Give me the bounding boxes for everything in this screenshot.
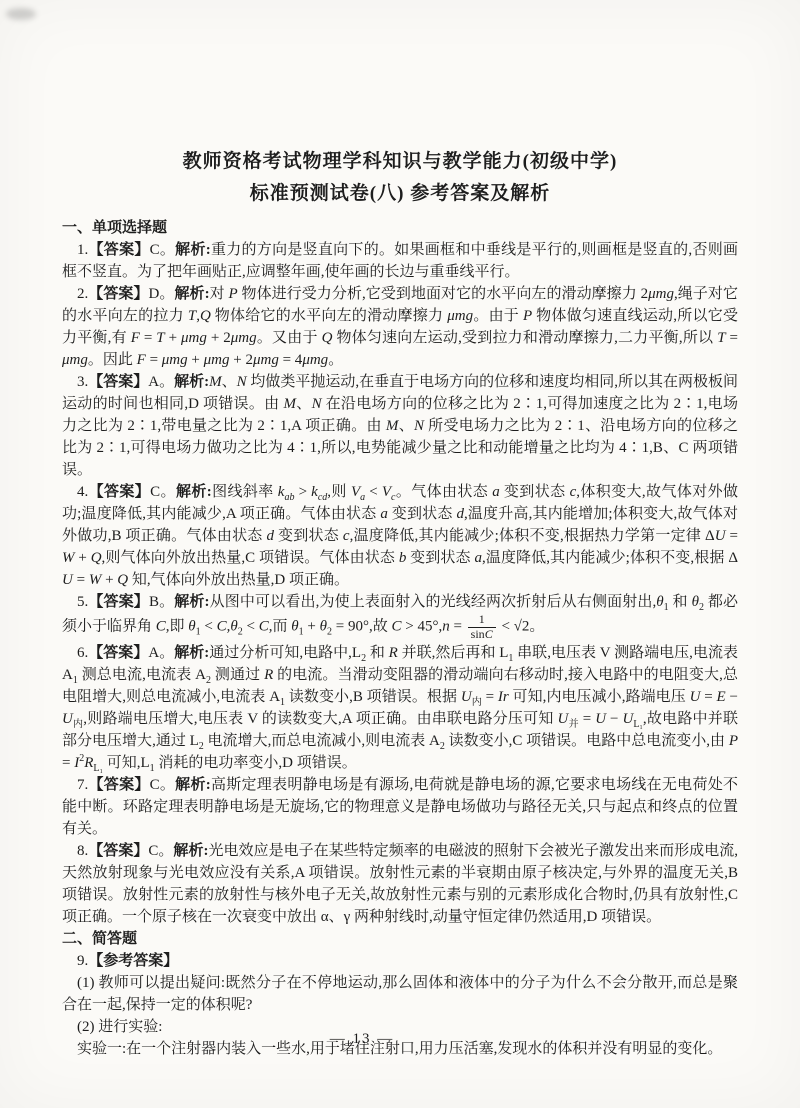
inline-fraction: 1sinC <box>468 613 496 642</box>
page-title-line2: 标准预测试卷(八) 参考答案及解析 <box>62 178 738 210</box>
section-heading: 一、单项选择题 <box>62 217 738 239</box>
paragraph: 8.【答案】C。解析:光电效应是电子在某些特定频率的电磁波的照射下会被光子激发出… <box>62 840 738 928</box>
paragraph: 4.【答案】C。解析:图线斜率 kab > kcd,则 Va < Vc。气体由状… <box>62 481 738 591</box>
paragraph: 3.【答案】A。解析:M、N 均做类平抛运动,在垂直于电场方向的位移和速度均相同… <box>62 371 738 481</box>
paragraph: (1) 教师可以提出疑问:既然分子在不停地运动,那么固体和液体中的分子为什么不会… <box>62 972 738 1016</box>
page-number: — 13 — <box>0 1031 800 1048</box>
paragraph: 9.【参考答案】 <box>62 950 738 972</box>
scanned-page: 教师资格考试物理学科知识与教学能力(初级中学) 标准预测试卷(八) 参考答案及解… <box>0 0 800 1108</box>
page-title-line1: 教师资格考试物理学科知识与教学能力(初级中学) <box>62 146 738 178</box>
section-heading: 二、简答题 <box>62 928 738 950</box>
paragraph: 7.【答案】C。解析:高斯定理表明静电场是有源场,电荷就是静电场的源,它要求电场… <box>62 774 738 840</box>
paragraph: 2.【答案】D。解析:对 P 物体进行受力分析,它受到地面对它的水平向左的滑动摩… <box>62 283 738 371</box>
paragraph: 5.【答案】B。解析:从图中可以看出,为使上表面射入的光线经两次折射后从右侧面射… <box>62 591 738 642</box>
page-title: 教师资格考试物理学科知识与教学能力(初级中学) 标准预测试卷(八) 参考答案及解… <box>62 146 738 210</box>
document-body: 一、单项选择题1.【答案】C。解析:重力的方向是竖直向下的。如果画框和中垂线是平… <box>62 217 738 1060</box>
paragraph: 1.【答案】C。解析:重力的方向是竖直向下的。如果画框和中垂线是平行的,则画框是… <box>62 239 738 283</box>
paragraph: 6.【答案】A。解析:通过分析可知,电路中,L2 和 R 并联,然后再和 L1 … <box>62 642 738 774</box>
scan-artifact <box>6 8 36 20</box>
